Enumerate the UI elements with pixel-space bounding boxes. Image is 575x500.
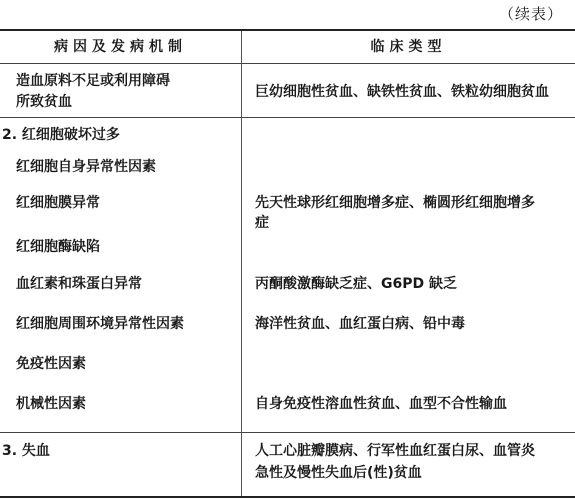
s2-item5-cause: 红细胞周围环境异常性因素 [16, 314, 184, 334]
s2-item2-type-line2: 症 [255, 213, 269, 233]
header-clinical-type: 临床类型 [242, 37, 575, 57]
s2-item4-type: 丙酮酸激酶缺乏症、G6PD 缺乏 [255, 274, 457, 294]
header-cause-mechanism: 病因及发病机制 [0, 37, 241, 57]
s2-item3-cause: 红细胞酶缺陷 [16, 237, 100, 257]
header-rule [0, 63, 575, 64]
column-divider [241, 31, 242, 496]
row1-rule [0, 117, 575, 118]
section2-rule [0, 432, 575, 433]
s3-type-line1: 人工心脏瓣膜病、行军性血红蛋白尿、血管炎 [255, 441, 535, 461]
s2-item2-type-line1: 先天性球形红细胞增多症、椭圆形红细胞增多 [255, 193, 535, 213]
anemia-classification-table: 病因及发病机制 临床类型 造血原料不足或利用障碍 所致贫血 巨幼细胞性贫血、缺铁… [0, 29, 575, 498]
s3-type-line2: 急性及慢性失血后(性)贫血 [255, 463, 422, 483]
section2-title: 2. 红细胞破坏过多 [2, 125, 120, 145]
s2-item6-cause: 免疫性因素 [16, 354, 86, 374]
row1-clinical-type: 巨幼细胞性贫血、缺铁性贫血、铁粒幼细胞贫血 [255, 82, 549, 102]
s2-item1-cause: 红细胞自身异常性因素 [16, 157, 156, 177]
row1-cause-line1: 造血原料不足或利用障碍 [16, 71, 170, 91]
s2-item4-cause: 血红素和珠蛋白异常 [16, 274, 142, 294]
s2-item7-type: 自身免疫性溶血性贫血、血型不合性输血 [255, 394, 507, 414]
row1-cause-line2: 所致贫血 [16, 92, 72, 112]
s2-item2-cause: 红细胞膜异常 [16, 193, 100, 213]
continued-table-label: （续表） [499, 3, 563, 24]
s2-item5-type: 海洋性贫血、血红蛋白病、铅中毒 [255, 314, 465, 334]
section3-title: 3. 失血 [2, 441, 50, 461]
s2-item7-cause: 机械性因素 [16, 394, 86, 414]
